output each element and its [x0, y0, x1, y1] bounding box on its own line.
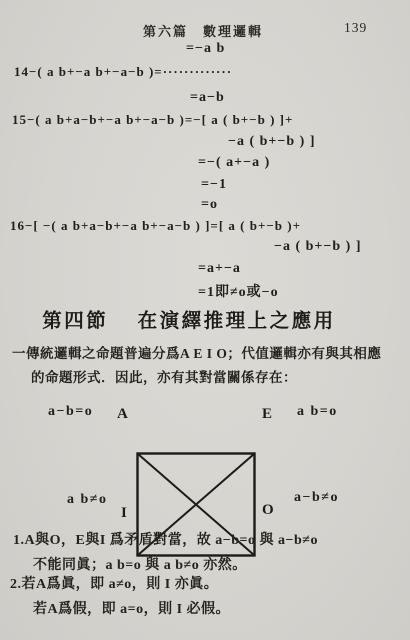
- diagram-label-i-proposition: a b≠o: [67, 492, 107, 508]
- formula-line: =a−b: [190, 90, 225, 106]
- note-2-line1: 2.若A爲眞，即 a≠o，則 I 亦眞。: [10, 573, 218, 593]
- square-of-opposition-diagram: [136, 416, 256, 575]
- formula-line-15: 15−( a b+a−b+−a b+−a−b )=−[ a ( b+−b ) ]…: [12, 112, 293, 128]
- running-header-title: 第六篇 數理邏輯: [143, 21, 263, 40]
- note-1-line2: 不能同眞；a b=o 與 a b≠o 亦然。: [33, 554, 247, 574]
- formula-line-14: 14−( a b+−a b+−a−b )=·············: [14, 64, 232, 80]
- formula-line: =1即≠o或−o: [198, 281, 279, 301]
- corner-label-i: I: [121, 505, 127, 522]
- corner-label-a: A: [117, 406, 128, 423]
- intro-paragraph-line1: 一傳統邏輯之命題普遍分爲A E I O；代值邏輯亦有與其相應: [12, 342, 381, 362]
- diagram-label-a-proposition: a−b=o: [48, 404, 93, 420]
- formula-line-16: 16−[ −( a b+a−b+−a b+−a−b ) ]=[ a ( b+−b…: [10, 218, 301, 234]
- formula-line: =−a b: [186, 41, 225, 57]
- corner-label-e: E: [262, 406, 272, 423]
- intro-paragraph-line2: 的命題形式．因此，亦有其對當關係存在：: [31, 366, 297, 386]
- page-number: 139: [344, 20, 367, 36]
- note-2-line2: 若A爲假，即 a=o，則 I 必假。: [33, 598, 230, 618]
- diagram-label-o-proposition: a−b≠o: [294, 490, 339, 506]
- diagram-label-e-proposition: a b=o: [297, 404, 338, 420]
- formula-line: =o: [201, 197, 218, 213]
- formula-line: =−( a+−a ): [198, 155, 270, 171]
- formula-line: =−1: [201, 177, 227, 193]
- note-1-line1: 1.A與O，E與I 爲矛盾對當，故 a−b=o 與 a−b≠o: [13, 529, 318, 549]
- formula-line: =a+−a: [198, 261, 241, 277]
- section-heading: 第四節 在演繹推理上之應用: [0, 305, 378, 333]
- corner-label-o: O: [262, 502, 274, 519]
- formula-line: −a ( b+−b ) ]: [274, 239, 362, 255]
- formula-line: −a ( b+−b ) ]: [228, 134, 316, 150]
